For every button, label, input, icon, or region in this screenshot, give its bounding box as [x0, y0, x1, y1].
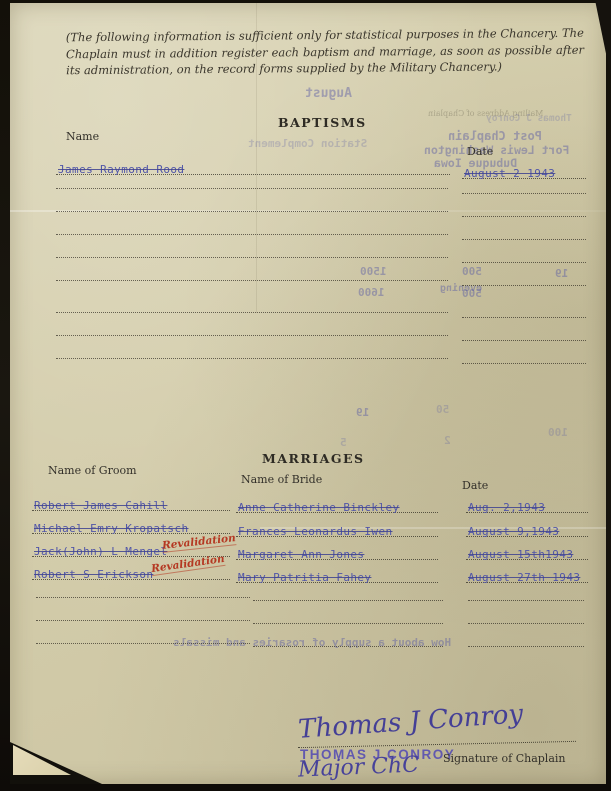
baptism-blank-date-line	[462, 193, 586, 194]
marriage-bride-value: Margaret Ann Jones	[238, 548, 364, 561]
marriage-date-cell: August 9,1943	[466, 521, 588, 537]
marriage-date-value: August 27th 1943	[468, 571, 580, 584]
marriage-blank-bride-line	[253, 623, 443, 624]
marriage-groom-value: Michael Emry Kropatsch	[34, 522, 189, 535]
marriage-bride-cell: Mary Patritia Fahey	[236, 567, 438, 583]
chaplain-rank-handwritten: Major ChC	[298, 752, 420, 782]
bleedthrough-1500: 1500	[360, 265, 387, 278]
marriages-groom-label: Name of Groom	[48, 464, 137, 477]
bleedthrough-fort-lewis: Fort Lewis Washington	[424, 143, 569, 157]
marriage-blank-date-line	[468, 646, 584, 647]
marriages-date-label: Date	[462, 479, 488, 492]
folded-corner	[13, 745, 71, 775]
marriage-blank-groom-line	[36, 597, 250, 598]
baptism-blank-name-line	[56, 280, 448, 281]
bleedthrough-2: 2	[444, 434, 451, 447]
baptism-blank-date-line	[462, 363, 586, 364]
baptisms-name-label: Name	[66, 130, 99, 143]
marriage-blank-date-line	[468, 600, 584, 601]
bleedthrough-1600: 1600	[358, 286, 385, 299]
baptism-blank-name-line	[56, 211, 448, 212]
marriage-groom-value: Jack(John) L Mengel	[34, 545, 167, 558]
bleedthrough-19a: 19	[555, 267, 568, 280]
bleedthrough-500b: 500	[462, 287, 482, 300]
marriage-blank-bride-line	[253, 600, 443, 601]
bleedthrough-station-complement: Station Complement	[248, 137, 367, 150]
baptism-blank-name-line	[56, 188, 448, 189]
baptism-blank-date-line	[462, 239, 586, 240]
marriage-date-cell: Aug. 2,1943	[466, 497, 588, 513]
scan-background: August Mailing Address of Chaplain Thoma…	[0, 0, 611, 791]
marriage-groom-cell: Robert James Cahill	[32, 495, 230, 511]
marriage-date-value: August 15th1943	[468, 548, 573, 561]
marriage-blank-groom-line	[36, 620, 250, 621]
baptism-blank-date-line	[462, 216, 586, 217]
baptism-blank-date-line	[462, 340, 586, 341]
baptism-blank-name-line	[56, 312, 448, 313]
bleedthrough-5: 5	[340, 436, 347, 449]
marriage-bride-cell: Anne Catherine Binckley	[236, 497, 438, 513]
marriage-groom-value: Robert James Cahill	[34, 499, 167, 512]
marriage-blank-date-line	[468, 623, 584, 624]
bleedthrough-500a: 500	[462, 265, 482, 278]
chaplain-signature-handwritten: Thomas J Conroy	[297, 699, 524, 745]
marriages-title: MARRIAGES	[262, 451, 365, 466]
baptisms-title: BAPTISMS	[278, 115, 367, 130]
marriage-bride-value: Frances Leonardus Iwen	[238, 525, 393, 538]
marriage-date-value: August 9,1943	[468, 525, 559, 538]
marriage-blank-groom-line	[36, 643, 250, 644]
marriage-bride-cell: Margaret Ann Jones	[236, 544, 438, 560]
marriage-date-cell: August 15th1943	[466, 544, 588, 560]
marriage-bride-value: Anne Catherine Binckley	[238, 501, 400, 514]
baptism-date-value: August 2 1943	[464, 167, 555, 180]
bleedthrough-19b: 19	[356, 406, 369, 419]
instruction-note: (The following information is sufficient…	[66, 25, 584, 79]
baptisms-date-label: Date	[467, 145, 493, 158]
baptism-blank-date-line	[462, 285, 586, 286]
baptism-blank-name-line	[56, 234, 448, 235]
bleedthrough-mailing-label: Mailing Address of Chaplain	[428, 109, 543, 118]
baptism-blank-date-line	[462, 317, 586, 318]
marriage-groom-cell: Michael Emry Kropatsch	[32, 518, 230, 534]
baptism-name-cell: James Raymond Rood	[56, 159, 450, 175]
baptism-blank-date-line	[462, 262, 586, 263]
signature-of-chaplain-label: Signature of Chaplain	[443, 752, 565, 765]
document-page: August Mailing Address of Chaplain Thoma…	[10, 3, 606, 784]
baptism-blank-name-line	[56, 358, 448, 359]
baptism-blank-name-line	[56, 257, 448, 258]
bleedthrough-chaplain-name: Thomas J Conroy	[486, 113, 572, 124]
bleedthrough-50: 50	[436, 403, 449, 416]
baptism-date-cell: August 2 1943	[462, 163, 586, 179]
baptism-name-value: James Raymond Rood	[58, 163, 184, 176]
bleedthrough-august: August	[305, 86, 352, 101]
baptism-blank-name-line	[56, 335, 448, 336]
marriage-bride-cell: Frances Leonardus Iwen	[236, 521, 438, 537]
bleedthrough-post-chaplain: Post Chaplain	[448, 129, 542, 143]
marriage-date-cell: August 27th 1943	[466, 567, 588, 583]
marriage-groom-value: Robert S Erickson	[34, 568, 153, 581]
marriage-date-value: Aug. 2,1943	[468, 501, 545, 514]
bleedthrough-100: 100	[548, 426, 568, 439]
marriages-bride-label: Name of Bride	[241, 473, 322, 486]
marriage-bride-value: Mary Patritia Fahey	[238, 571, 371, 584]
marriage-blank-bride-line	[253, 646, 443, 647]
